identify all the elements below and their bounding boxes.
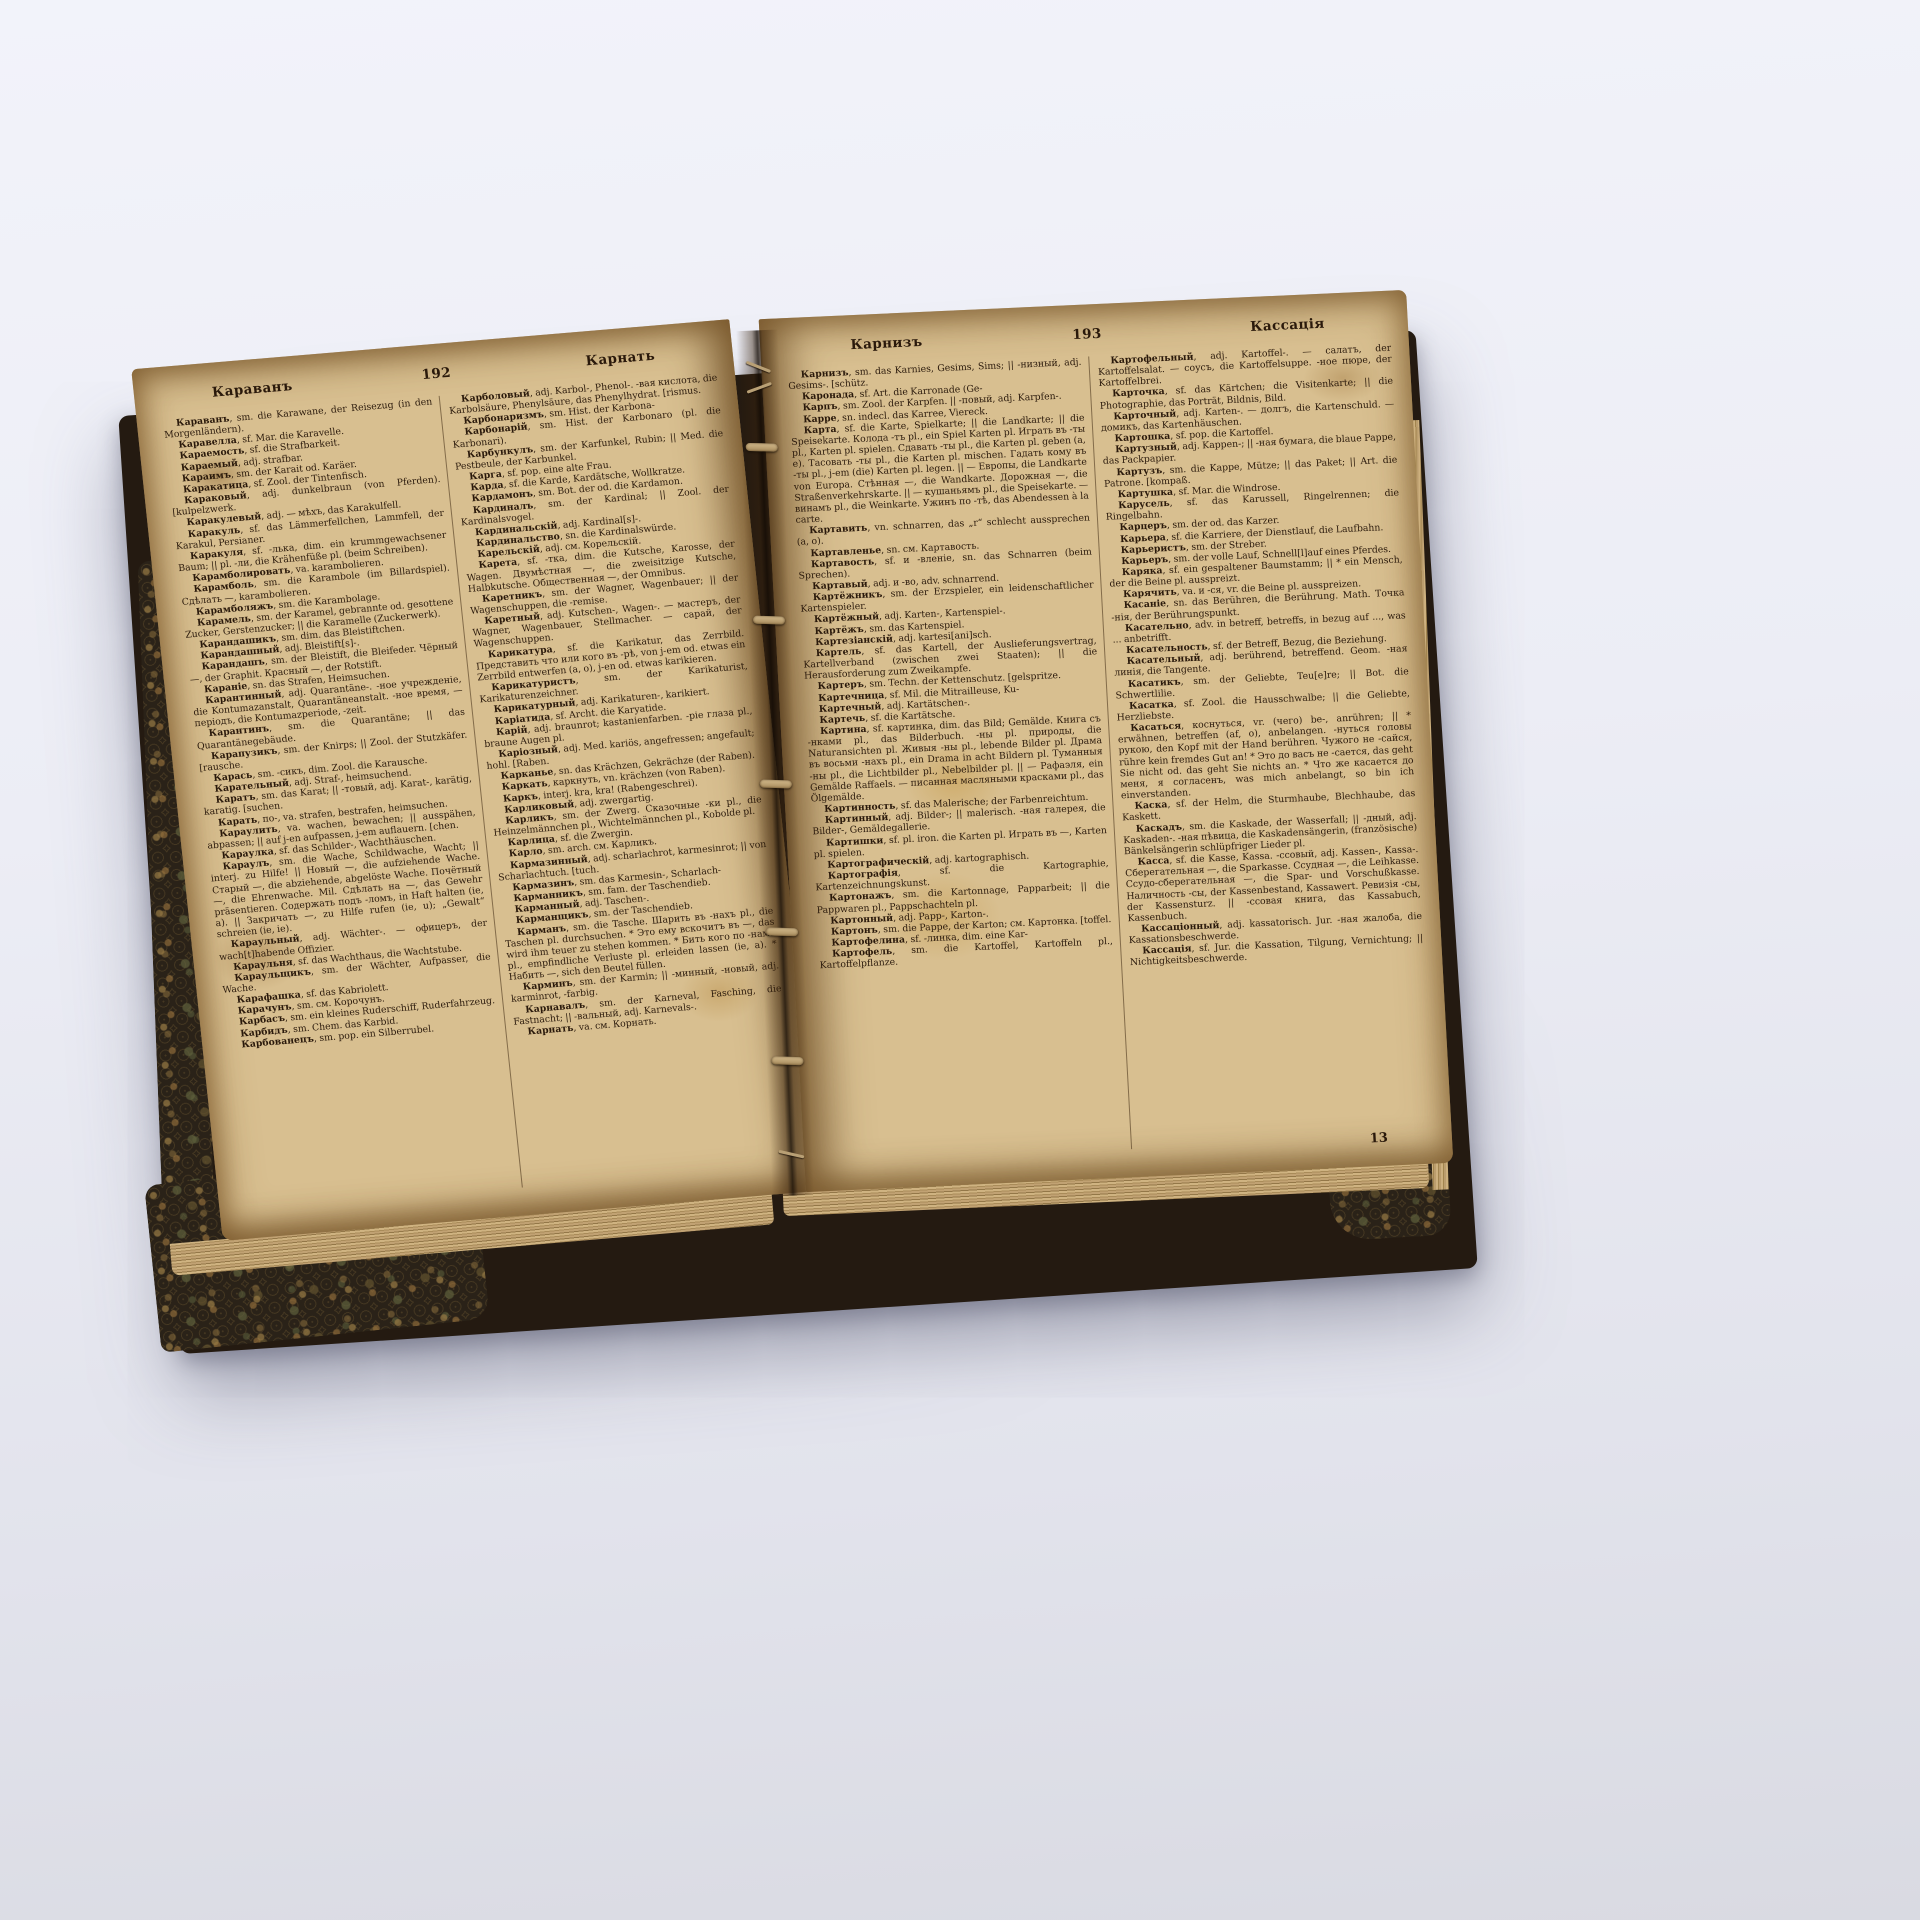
dictionary-entry: Карта, sf. die Karte, Spielkarte; || die… <box>791 412 1090 526</box>
binding-thread <box>778 1150 804 1159</box>
binding-stitch <box>746 442 778 451</box>
right-page: Карнизъ 193 Кассація Карнизъ, sm. das Ka… <box>759 290 1454 1192</box>
dictionary-entry: Картина, sf. картинка, dim. das Bild; Ge… <box>807 713 1105 804</box>
right-page-column-2: Картофельный, adj. Kartoffel-. — салатъ,… <box>1088 343 1434 1150</box>
binding-stitch <box>753 615 785 624</box>
binding-stitch <box>760 780 792 789</box>
binding-thread <box>747 382 772 394</box>
signature-number: 13 <box>1369 1131 1388 1147</box>
right-page-column-1: Карнизъ, sm. das Karnies, Gesims, Sims; … <box>787 356 1131 1163</box>
right-page-number: 193 <box>986 322 1187 347</box>
running-head-word-right: Карнать <box>528 343 714 374</box>
left-page: Караванъ 192 Карнать Караванъ, sm. die K… <box>131 319 820 1241</box>
running-head-word-right: Кассація <box>1187 313 1388 338</box>
right-page-text: Карнизъ, sm. das Karnies, Gesims, Sims; … <box>787 343 1433 1163</box>
dictionary-entry: Касаться, коснуться, vr. (чего) be-, anr… <box>1117 710 1415 801</box>
left-page-number: 192 <box>343 358 529 389</box>
running-head-word-left: Караванъ <box>159 374 345 405</box>
binding-thread <box>746 360 771 372</box>
running-head-word-left: Карнизъ <box>786 331 987 356</box>
binding-stitch <box>771 1057 803 1066</box>
left-page-text: Караванъ, sm. die Karawane, der Reisezug… <box>163 372 800 1210</box>
photo-background: Караванъ 192 Карнать Караванъ, sm. die K… <box>0 0 1920 1920</box>
binding-stitch <box>766 927 798 936</box>
